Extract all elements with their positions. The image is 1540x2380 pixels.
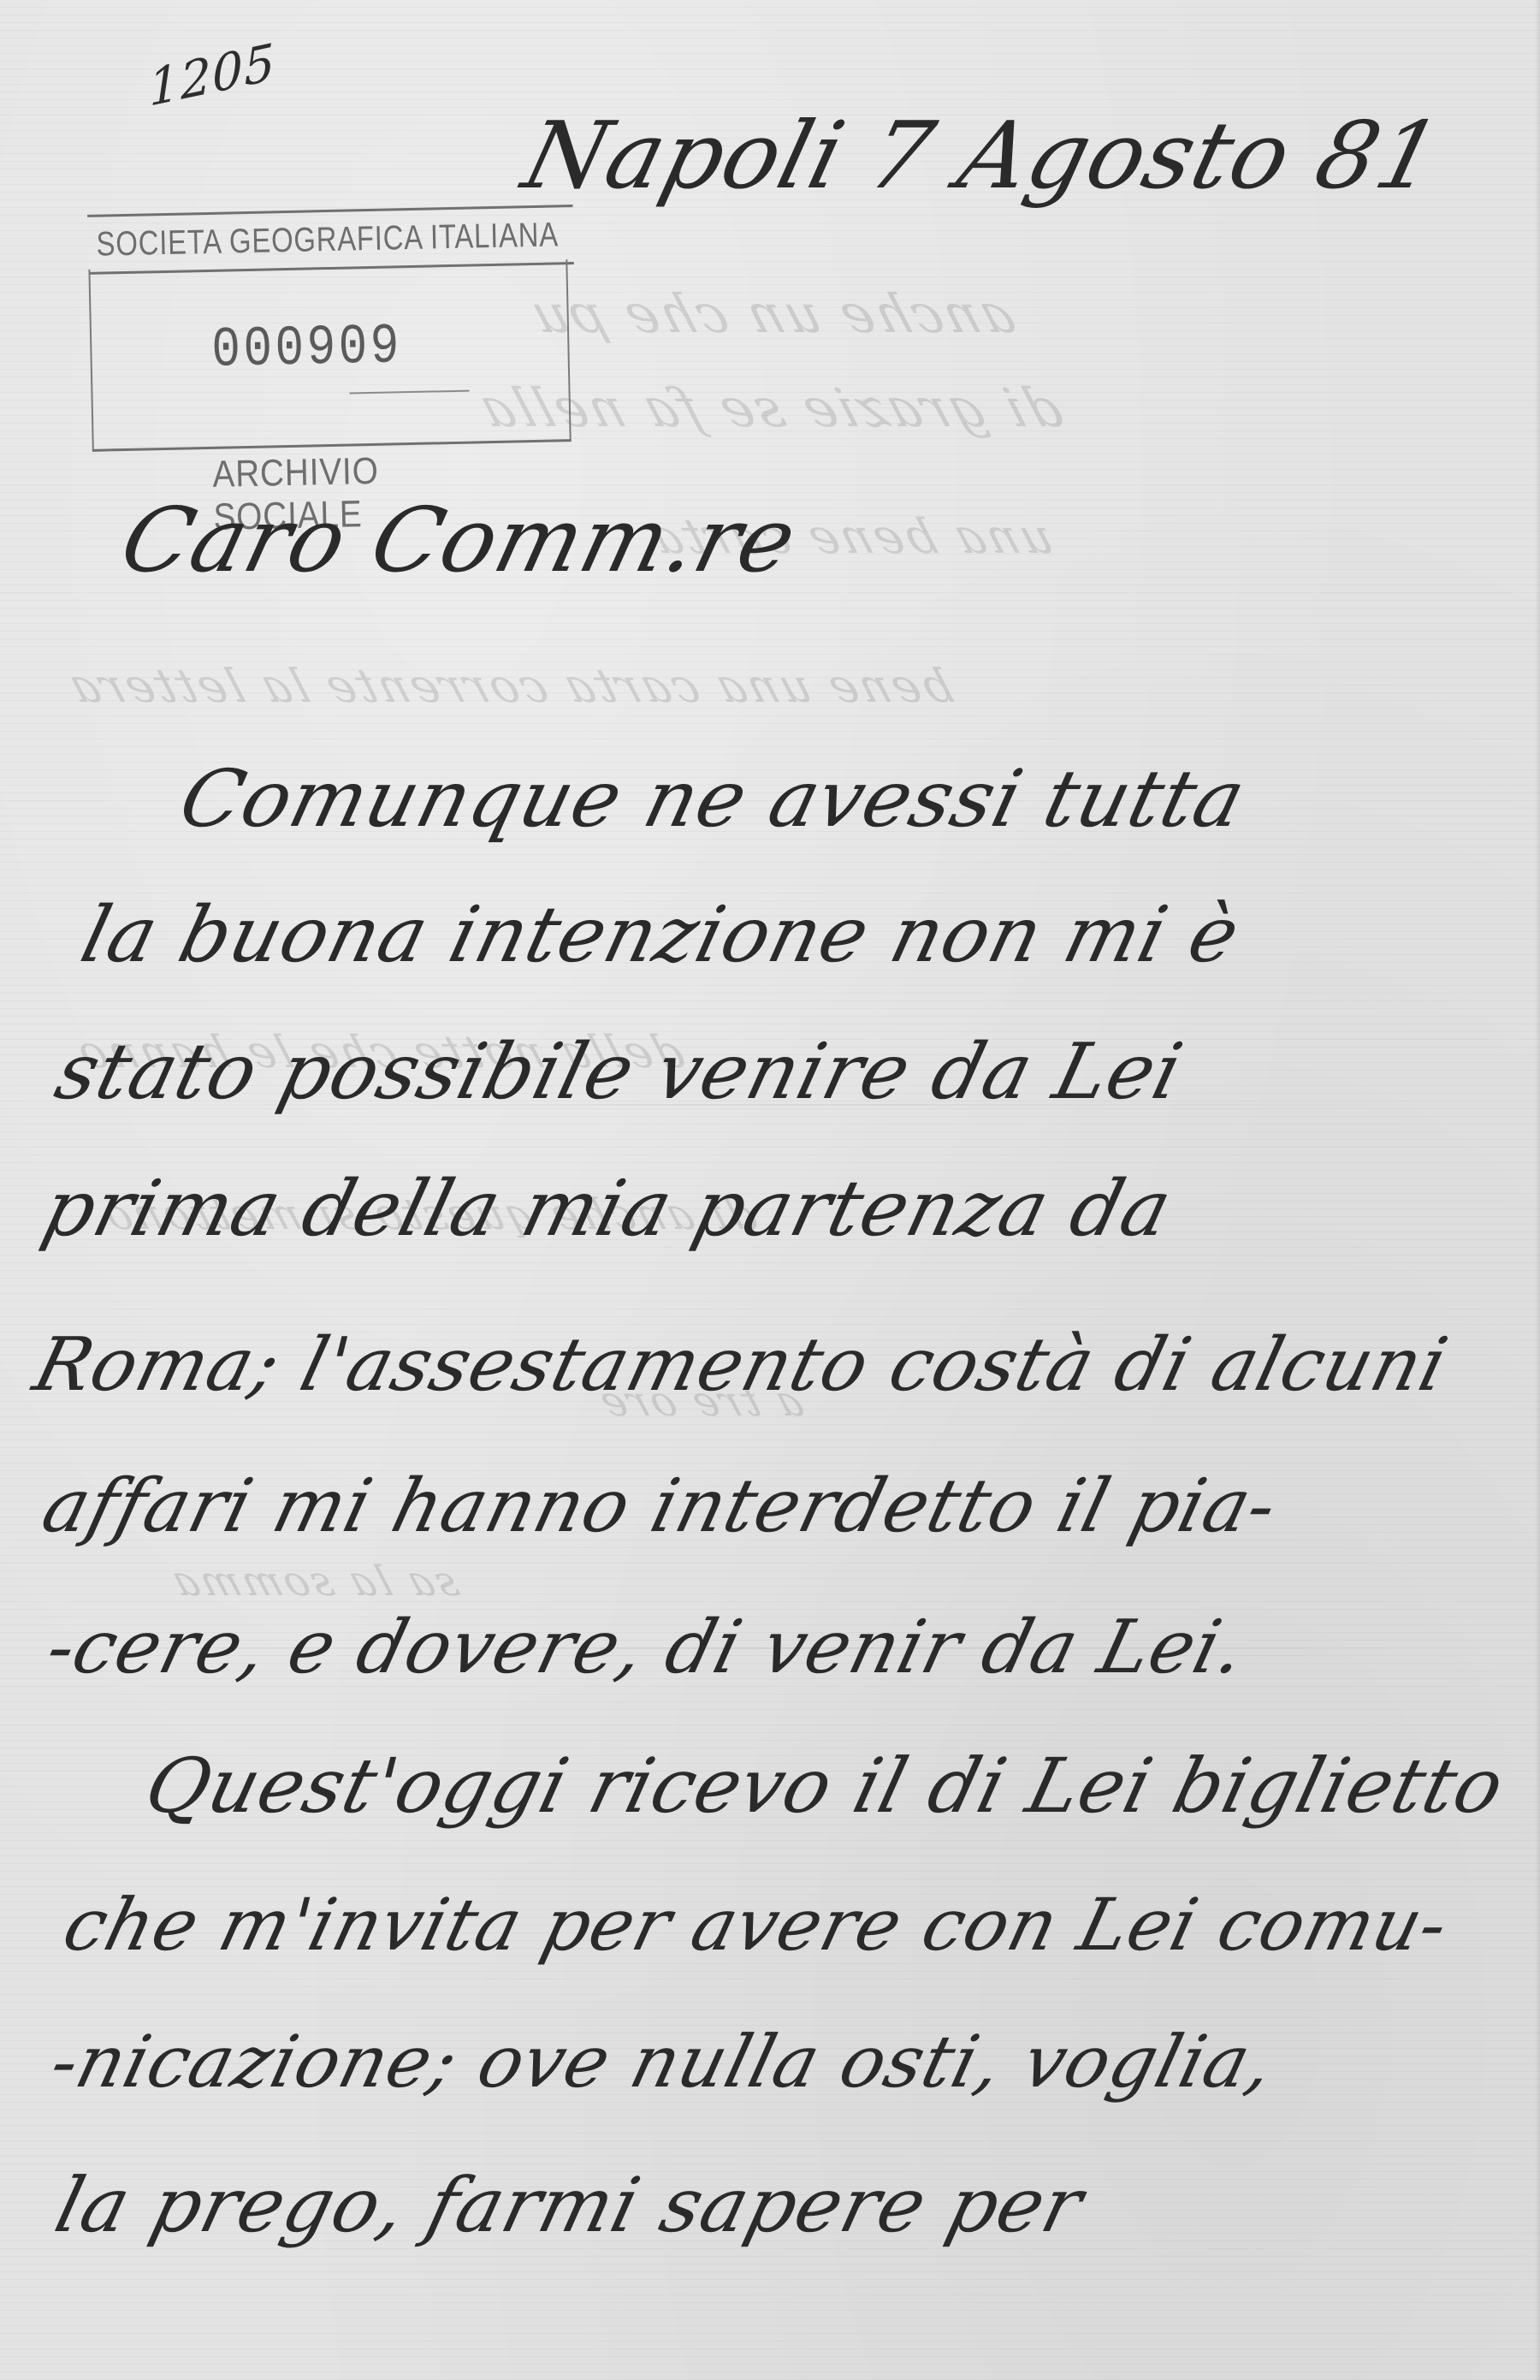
archive-number: 1205 (148, 32, 277, 118)
bleed-through-text: bene una carta corrente la lettera (60, 659, 960, 713)
body-line: che m'invita per avere con Lei comu- (56, 1883, 1457, 1967)
salutation: Caro Comm.re (111, 488, 807, 592)
body-line: -cere, e dovere, di venir da Lei. (38, 1605, 1254, 1690)
bleed-through-text: sa la somma (163, 1558, 465, 1605)
stamp-underline (349, 390, 469, 395)
letter-page: anche un che pu di grazie se fa nella un… (0, 0, 1540, 2380)
body-line: Comunque ne avessi tutta (171, 753, 1254, 845)
body-line: la prego, farmi sapere per (47, 2161, 1092, 2249)
paper-edge-shadow (1535, 0, 1540, 2380)
body-line: Quest'oggi ricevo il di Lei biglietto (137, 1742, 1513, 1830)
stamp-number: 000909 (211, 314, 403, 383)
bleed-through-text: anche un che pu (520, 282, 1022, 345)
body-line: prima della mia partenza da (34, 1164, 1181, 1254)
body-line: -nicazione; ove nulla osti, voglia, (43, 2020, 1283, 2104)
body-line: Roma; l'assestamento costà di alcuni (26, 1322, 1456, 1408)
body-line: affari mi hanno interdetto il pia- (34, 1463, 1286, 1549)
stamp-number-box: 000909 (88, 259, 571, 452)
body-line: la buona intenzione non mi è (73, 890, 1248, 980)
archive-stamp: SOCIETA GEOGRAFICA ITALIANA 000909 ARCHI… (87, 205, 572, 459)
body-line: stato possibile venire da Lei (47, 1027, 1192, 1117)
dateline: Napoli 7 Agosto 81 (513, 103, 1451, 210)
